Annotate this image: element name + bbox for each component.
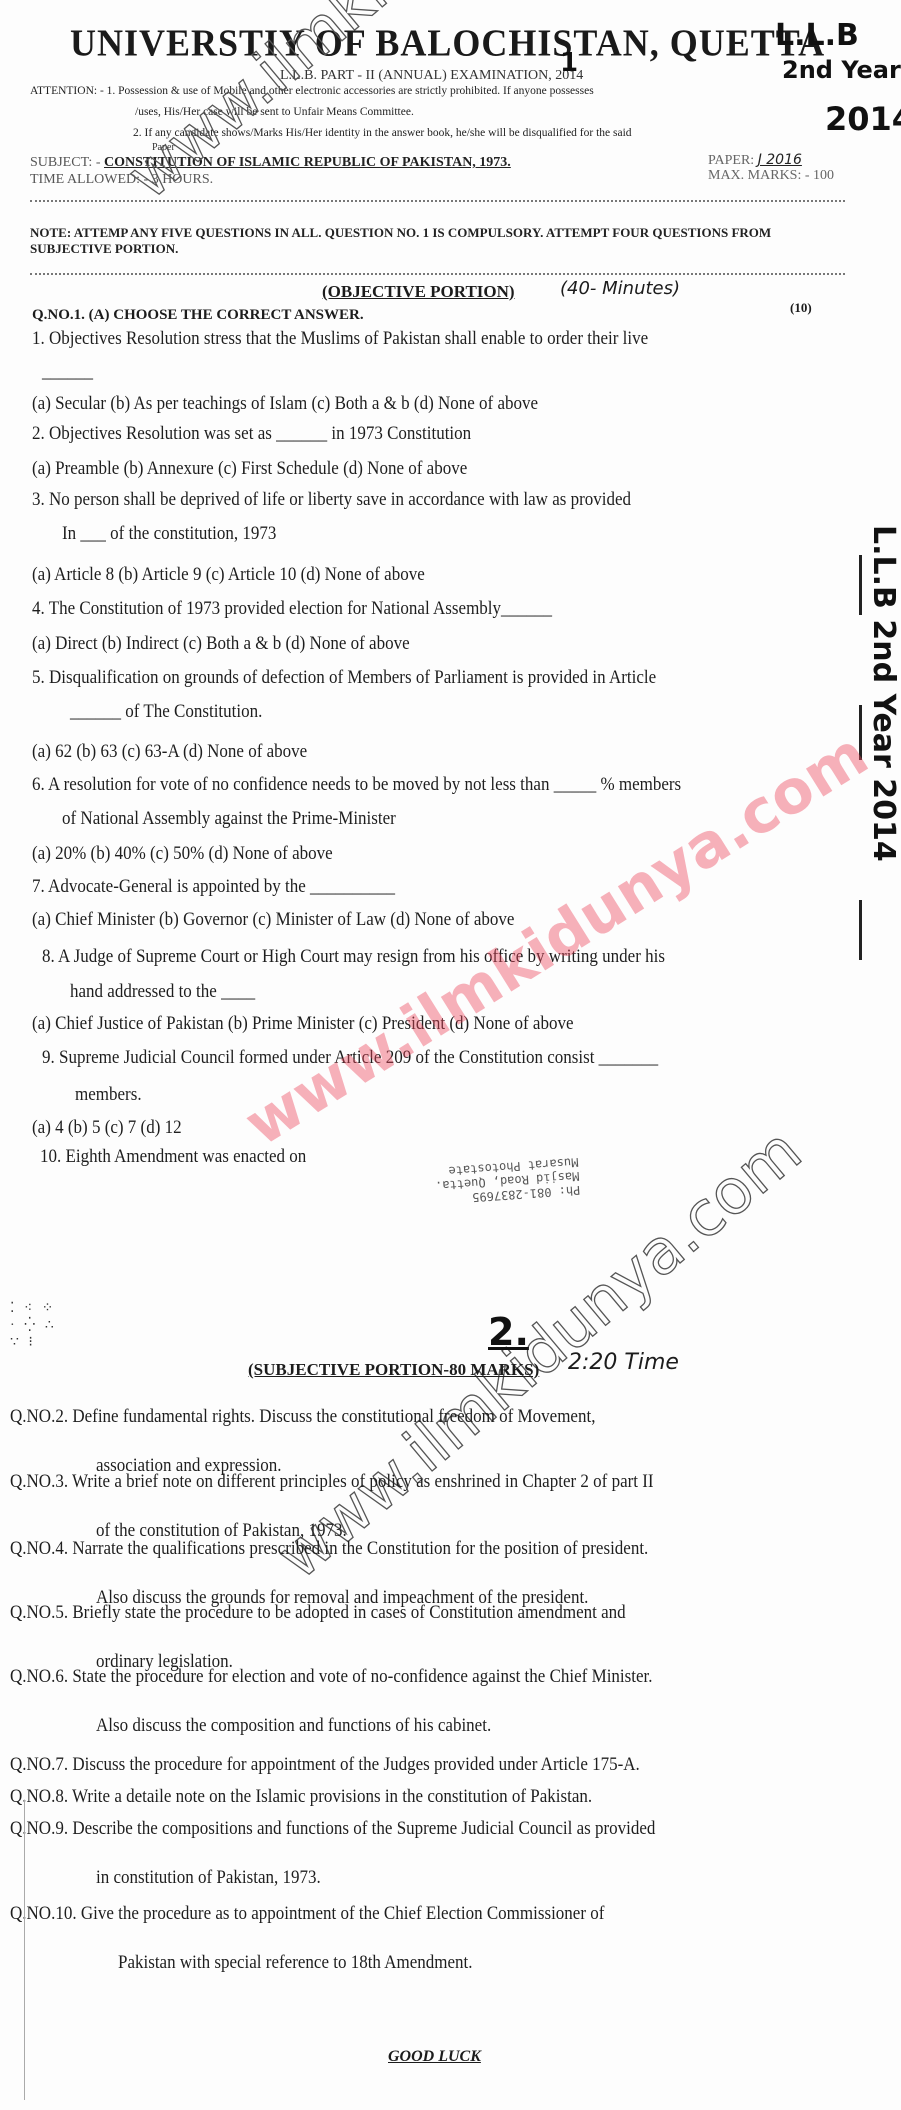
subjective-question: Q.NO.8. Write a detaile note on the Isla… [10, 1785, 592, 1807]
objective-line: 3. No person shall be deprived of life o… [32, 488, 631, 510]
objective-line: (a) 62 (b) 63 (c) 63-A (d) None of above [32, 740, 307, 762]
subject-label: SUBJECT: - [30, 155, 100, 170]
q1-marks: (10) [790, 300, 812, 316]
question-text: Narrate the qualifications prescribed in… [72, 1537, 648, 1558]
scan-specks: ⁚ ⁖ ⁘· ⁛ ∴∵ ⁝ [10, 1300, 57, 1351]
objective-line: 6. A resolution for vote of no confidenc… [32, 773, 681, 795]
question-number: Q.NO.9. [10, 1817, 68, 1838]
subjective-question: Q.NO.4. Narrate the qualifications presc… [10, 1537, 648, 1559]
objective-line: ______ of The Constitution. [70, 700, 262, 722]
subjective-question: Q.NO.3. Write a brief note on different … [10, 1470, 654, 1492]
question-number: Q.NO.7. [10, 1753, 68, 1774]
question-continuation: Also discuss the composition and functio… [96, 1714, 491, 1736]
objective-line: ______ [42, 360, 93, 382]
instructions-note: NOTE: ATTEMP ANY FIVE QUESTIONS IN ALL. … [30, 225, 790, 257]
objective-line: 1. Objectives Resolution stress that the… [32, 327, 648, 349]
attention-text-1a: 1. Possession & use of Mobile and other … [107, 85, 594, 97]
subject-line: SUBJECT: - CONSTITUTION OF ISLAMIC REPUB… [30, 155, 511, 171]
question-text: Define fundamental rights. Discuss the c… [72, 1405, 595, 1426]
objective-line: (a) Direct (b) Indirect (c) Both a & b (… [32, 632, 410, 654]
objective-line: In ___ of the constitution, 1973 [62, 522, 276, 544]
handwritten-page-2: 2. [488, 1310, 529, 1354]
subjective-heading: (SUBJECTIVE PORTION-80 MARKS) [248, 1360, 539, 1380]
question-number: Q.NO.10. [10, 1902, 77, 1923]
objective-line: 2. Objectives Resolution was set as ____… [32, 422, 471, 444]
objective-line: 7. Advocate-General is appointed by the … [32, 875, 395, 897]
q1-heading: Q.NO.1. (A) CHOOSE THE CORRECT ANSWER. [32, 307, 364, 324]
scan-edge [24, 1800, 25, 2100]
objective-line: (a) Article 8 (b) Article 9 (c) Article … [32, 563, 425, 585]
question-continuation: Pakistan with special reference to 18th … [118, 1951, 473, 1973]
handwritten-page-1: 1 [560, 48, 578, 78]
question-text: Describe the compositions and functions … [72, 1817, 655, 1838]
objective-line: members. [75, 1083, 142, 1105]
objective-line: hand addressed to the ____ [70, 980, 255, 1002]
subjective-question: Q.NO.10. Give the procedure as to appoin… [10, 1902, 604, 1924]
objective-line: 4. The Constitution of 1973 provided ele… [32, 597, 552, 619]
objective-line: (a) Preamble (b) Annexure (c) First Sche… [32, 457, 467, 479]
objective-line: (a) Secular (b) As per teachings of Isla… [32, 392, 538, 414]
max-marks: MAX. MARKS: - 100 [708, 168, 834, 184]
subjective-question: Q.NO.7. Discuss the procedure for appoin… [10, 1753, 640, 1775]
question-text: Give the procedure as to appointment of … [81, 1902, 605, 1923]
handwritten-year: 2nd Year [782, 56, 901, 84]
divider [30, 273, 845, 275]
objective-line: (a) 20% (b) 40% (c) 50% (d) None of abov… [32, 842, 333, 864]
question-text: State the procedure for election and vot… [72, 1665, 652, 1686]
handwritten-subjective-time: 2:20 Time [568, 1350, 679, 1375]
question-number: Q.NO.5. [10, 1601, 68, 1622]
question-number: Q.NO.4. [10, 1537, 68, 1558]
objective-line: 5. Disqualification on grounds of defect… [32, 666, 656, 688]
subjective-question: Q.NO.5. Briefly state the procedure to b… [10, 1601, 626, 1623]
question-text: Discuss the procedure for appointment of… [72, 1753, 639, 1774]
question-number: Q.NO.2. [10, 1405, 68, 1426]
paper-label: PAPER: [708, 153, 754, 168]
handwritten-2014: 2014 [825, 100, 901, 138]
question-number: Q.NO.3. [10, 1470, 68, 1491]
question-text: Write a brief note on different principl… [72, 1470, 654, 1491]
handwritten-llb: L.L.B [775, 18, 859, 53]
objective-heading: (OBJECTIVE PORTION) [322, 282, 515, 302]
subjective-question: Q.NO.2. Define fundamental rights. Discu… [10, 1405, 595, 1427]
subjective-question: Q.NO.6. State the procedure for election… [10, 1665, 653, 1687]
attention-line-1: ATTENTION: - 1. Possession & use of Mobi… [30, 85, 594, 97]
objective-line: (a) Chief Minister (b) Governor (c) Mini… [32, 908, 514, 930]
subjective-question: Q.NO.9. Describe the compositions and fu… [10, 1817, 655, 1839]
objective-line: (a) 4 (b) 5 (c) 7 (d) 12 [32, 1116, 182, 1138]
paper-handwritten: J 2016 [758, 152, 802, 168]
good-luck: GOOD LUCK [388, 2048, 481, 2066]
handwritten-objective-time: (40- Minutes) [560, 278, 680, 299]
question-text: Write a detaile note on the Islamic prov… [72, 1785, 592, 1806]
question-text: Briefly state the procedure to be adopte… [72, 1601, 625, 1622]
paper-line: PAPER: J 2016 [708, 152, 802, 169]
question-number: Q.NO.8. [10, 1785, 68, 1806]
question-continuation: in constitution of Pakistan, 1973. [96, 1866, 321, 1888]
attention-label: ATTENTION: - [30, 85, 104, 97]
university-title: UNIVERSTIY OF BALOCHISTAN, QUETTA [70, 21, 825, 65]
photostate-stamp: Ph: 081-2837695Masjid Road, Quetta.Musar… [434, 1155, 581, 1207]
objective-line: of National Assembly against the Prime-M… [62, 807, 396, 829]
question-number: Q.NO.6. [10, 1665, 68, 1686]
